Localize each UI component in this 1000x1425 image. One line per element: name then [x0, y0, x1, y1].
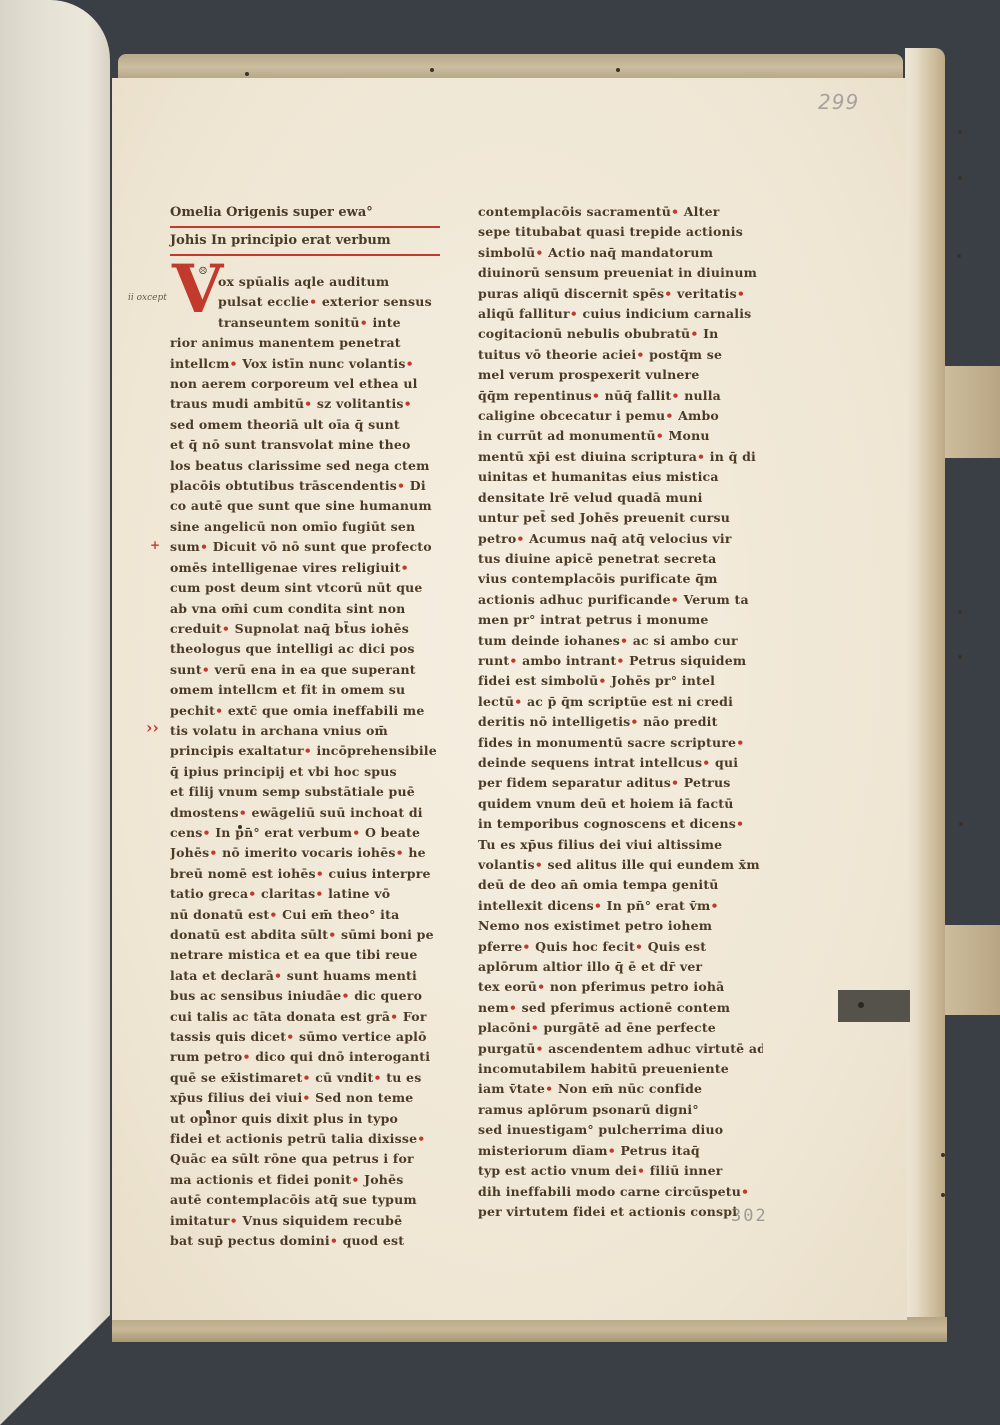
- text-line: dmostens• ewāgeliū suū inchoat di: [170, 803, 455, 823]
- text-line: mentū xp̄i est diuina scriptura• in q̄ d…: [478, 447, 763, 467]
- text-line: lata et declarā• sunt huams menti: [170, 966, 455, 986]
- text-line: et filij vnum semp substātiale puē: [170, 782, 455, 802]
- wormhole: [245, 72, 249, 76]
- text-line: simbolū• Actio naq̄ mandatorum: [478, 243, 763, 263]
- text-line: tus diuine apicē penetrat secreta: [478, 549, 763, 569]
- text-block-fore-edge: [905, 48, 945, 1333]
- facing-left-page-edge: [0, 0, 110, 1425]
- text-line: fides in monumentū sacre scripture•: [478, 733, 763, 753]
- wormhole: [957, 254, 961, 258]
- text-line: rum petro• dico qui dnō interoganti: [170, 1047, 455, 1067]
- text-line: tatio greca• claritas• latine vō: [170, 884, 455, 904]
- wormhole: [941, 1193, 945, 1197]
- text-line: ox spūalis aqle auditum: [170, 272, 455, 292]
- text-line: nū donatū est• Cui em̄ theo° ita: [170, 905, 455, 925]
- text-line: traus mudi ambitū• sz volitantis•: [170, 394, 455, 414]
- text-line: omem intellcm et fit in omem su: [170, 680, 455, 700]
- text-line: per fidem separatur aditus• Petrus: [478, 773, 763, 793]
- text-line: cui talis ac tāta donata est grā• For: [170, 1007, 455, 1027]
- text-line: untur pet̄ sed Johēs preuenit cursu: [478, 508, 763, 528]
- text-line: ut opinor quis dixit plus in typo: [170, 1109, 455, 1129]
- heading-line-1: Omelia Origenis super ewa°: [170, 200, 440, 228]
- text-line: quidem vnum deū et hoiem iā factū: [478, 794, 763, 814]
- text-line: deū de deo an̄ omia tempa genitū: [478, 875, 763, 895]
- text-line: runt• ambo intrant• Petrus siquidem: [478, 651, 763, 671]
- text-line: pferre• Quis hoc fecit• Quis est: [478, 937, 763, 957]
- text-line: breū nomē est iohēs• cuius interpre: [170, 864, 455, 884]
- text-line: q̄ ipius principij et vbi hoc spus: [170, 762, 455, 782]
- text-line: misteriorum dīam• Petrus itaq̄: [478, 1141, 763, 1161]
- text-line: sed inuestigam° pulcherrima diuo: [478, 1120, 763, 1140]
- wormhole: [958, 610, 962, 614]
- text-line: deritis nō intelligetis• nāo predit: [478, 712, 763, 732]
- text-line: quē se ex̄istimaret• cū vndit• tu es: [170, 1068, 455, 1088]
- text-line: pulsat ecclie• exterior sensus: [170, 292, 455, 312]
- rubric-heading: Omelia Origenis super ewa° Johis In prin…: [170, 200, 440, 256]
- wormhole: [958, 655, 962, 659]
- text-line: diuinorū sensum preueniat in diuinum: [478, 263, 763, 283]
- text-line: q̄q̄m repentinus• nūq̄ fallit• nulla: [478, 386, 763, 406]
- text-line: puras aliqū discernit spēs• veritatis•: [478, 284, 763, 304]
- text-line: los beatus clarissime sed nega ctem: [170, 456, 455, 476]
- text-line: aplōrum altior illo q̄ ē et dr̄ ver: [478, 957, 763, 977]
- text-line: Nemo nos existimet petro iohem: [478, 916, 763, 936]
- text-line: volantis• sed alitus ille qui eundem x̄m: [478, 855, 763, 875]
- text-line: per virtutem fidei et actionis conspi: [478, 1202, 763, 1222]
- wormhole: [430, 68, 434, 72]
- text-line: Johēs• nō i̇merito vocaris iohēs• he: [170, 843, 455, 863]
- clasp-strap-bottom: [945, 925, 1000, 1015]
- text-line: Quāc ea sūlt rōne qua petrus i for: [170, 1149, 455, 1169]
- text-line: purgatū• ascendentem adhuc virtutē ad: [478, 1039, 763, 1059]
- margin-annotation: ii oxcept: [128, 293, 167, 303]
- text-line: densitate lrē velud quadā muni: [478, 488, 763, 508]
- text-line: Tu es xp̄us filius dei viui altissime: [478, 835, 763, 855]
- text-line: typ est actio vnum dei• filiū inner: [478, 1161, 763, 1181]
- text-line: creduit• Supnolat naq̄ bt̄us iohēs: [170, 619, 455, 639]
- text-line: bat sup̄ pectus domini• quod est: [170, 1231, 455, 1251]
- text-line: placōni• purgātē ad ēne perfecte: [478, 1018, 763, 1038]
- text-line: donatū est abdita sūlt• sūmi boni pe: [170, 925, 455, 945]
- text-line: transeuntem sonitū• inte: [170, 313, 455, 333]
- text-line: petro• Acumus naq̄ atq̄ velocius vir: [478, 529, 763, 549]
- binding-bottom-edge: [112, 1317, 947, 1342]
- wormhole: [941, 1153, 945, 1157]
- text-line: cum post deum sint vtcorū nūt que: [170, 578, 455, 598]
- text-line: pechit• extc̄ que omia ineffabili me: [170, 701, 455, 721]
- text-line: in temporibus cognoscens et dicens•: [478, 814, 763, 834]
- clasp-strap-top: [945, 366, 1000, 458]
- text-line: imitatur• Vnus siquidem recubē: [170, 1211, 455, 1231]
- text-line: ma actionis et fidei ponit• Johēs: [170, 1170, 455, 1190]
- wormhole: [959, 822, 963, 826]
- text-line: tuitus vō theorie aciei• postq̄m se: [478, 345, 763, 365]
- wormhole: [616, 68, 620, 72]
- text-line: tis volatu in archana vnius om̄: [170, 721, 455, 741]
- text-line: cens• In pn̄° erat verbum• O beate: [170, 823, 455, 843]
- text-line: nem• sed pferimus actionē contem: [478, 998, 763, 1018]
- text-line: caligine obcecatur i pemu• Ambo: [478, 406, 763, 426]
- text-line: fidei et actionis petrū talia dixisse•: [170, 1129, 455, 1149]
- margin-paragraph-mark: ››: [146, 718, 159, 737]
- text-line: ramus aplōrum psonarū digni°: [478, 1100, 763, 1120]
- folio-number: 299: [818, 90, 859, 114]
- text-line: principis exaltatur• incōprehensibile: [170, 741, 455, 761]
- text-line: actionis adhuc purificande• Verum ta: [478, 590, 763, 610]
- right-text-column: contemplacōis sacramentū• Altersepe titu…: [478, 202, 763, 1222]
- text-line: fidei est simbolū• Johēs pr° intel: [478, 671, 763, 691]
- text-line: in currūt ad monumentū• Monu: [478, 426, 763, 446]
- text-line: sum• Dicuit vō nō sunt que profecto: [170, 537, 455, 557]
- left-text-column: ox spūalis aqle auditumpulsat ecclie• ex…: [170, 272, 455, 1252]
- text-line: vius contemplacōis purificate q̄m: [478, 569, 763, 589]
- text-line: uinitas et humanitas eius mistica: [478, 467, 763, 487]
- binding-top-edge: [118, 54, 903, 80]
- text-line: lectū• ac p̄ q̄m scriptūe est ni credi: [478, 692, 763, 712]
- text-line: tassis quis dicet• sūmo vertice aplō: [170, 1027, 455, 1047]
- margin-cross-mark: +: [150, 538, 160, 552]
- text-line: men pr° intrat petrus i monume: [478, 610, 763, 630]
- text-line: intellcm• Vox istīn nunc volantis•: [170, 354, 455, 374]
- text-line: placōis obtutibus trāscendentis• Di: [170, 476, 455, 496]
- text-line: contemplacōis sacramentū• Alter: [478, 202, 763, 222]
- text-line: theologus que intelligi ac dici pos: [170, 639, 455, 659]
- text-line: dih ineffabili modo carne circūspetu•: [478, 1182, 763, 1202]
- wormhole: [958, 176, 962, 180]
- text-line: sepe titubabat quasi trepide actionis: [478, 222, 763, 242]
- text-line: bus ac sensibus iniudāe• dic quero: [170, 986, 455, 1006]
- text-line: sed omem theoriā ult oīa q̄ sunt: [170, 415, 455, 435]
- text-line: intellexit dicens• In pn̄° erat v̄m•: [478, 896, 763, 916]
- text-line: netrare mistica et ea que tibi reue: [170, 945, 455, 965]
- text-line: co autē que sunt que sine humanum: [170, 496, 455, 516]
- text-line: tex eorū• non pferimus petro iohā: [478, 977, 763, 997]
- text-line: cogitacionū nebulis obubratū• In: [478, 324, 763, 344]
- wormhole: [958, 130, 962, 134]
- text-line: aliqū fallitur• cuius indicium carnalis: [478, 304, 763, 324]
- text-line: omēs intelligenae vires religiuit•: [170, 558, 455, 578]
- text-line: sine angelicū non omīo fugiūt sen: [170, 517, 455, 537]
- text-line: xp̄us filius dei viui• Sed non teme: [170, 1088, 455, 1108]
- text-line: mel verum prospexerit vulnere: [478, 365, 763, 385]
- text-line: ab vna om̄i cum condita sint non: [170, 599, 455, 619]
- text-line: sunt• verū ena in ea que superant: [170, 660, 455, 680]
- text-line: non aerem corporeum vel ethea ul: [170, 374, 455, 394]
- text-line: deinde sequens intrat intellcus• qui: [478, 753, 763, 773]
- text-line: incomutabilem habitū preueniente: [478, 1059, 763, 1079]
- text-line: rior animus manentem penetrat: [170, 333, 455, 353]
- text-line: et q̄ nō sunt transvolat mine theo: [170, 435, 455, 455]
- text-line: iam v̄tate• Non em̄ nūc confide: [478, 1079, 763, 1099]
- text-line: tum deinde iohanes• ac si ambo cur: [478, 631, 763, 651]
- index-tab-marker: [838, 990, 910, 1022]
- text-line: autē contemplacōis atq̄ sue typum: [170, 1190, 455, 1210]
